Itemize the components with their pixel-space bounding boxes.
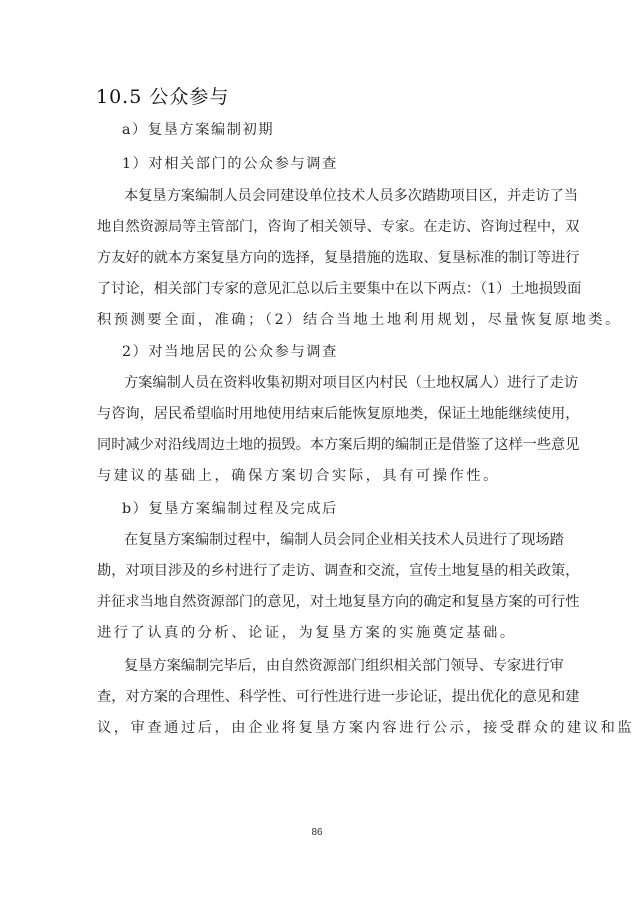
paragraph-line: 方案编制人员在资料收集初期对项目区内村民（土地权属人）进行了走访 — [124, 372, 549, 392]
paragraph-line: 进行了认真的分析、论证，为复垦方案的实施奠定基础。 — [97, 622, 549, 642]
paragraph-line: 积预测要全面，准确；（2）结合当地土地利用规划，尽量恢复原地类。 — [97, 309, 549, 329]
paragraph-line: 在复垦方案编制过程中，编制人员会同企业相关技术人员进行了现场踏 — [124, 529, 549, 549]
paragraph-line: 本复垦方案编制人员会同建设单位技术人员多次踏勘项目区，并走访了当 — [124, 185, 549, 205]
paragraph-line: 勘，对项目涉及的乡村进行了走访、调查和交流，宣传土地复垦的相关政策， — [97, 560, 549, 580]
page-number: 86 — [0, 827, 634, 838]
section-heading: 10.5 公众参与 — [96, 82, 229, 109]
paragraph-line: 与咨询，居民希望临时用地使用结束后能恢复原地类，保证土地能继续使用， — [97, 403, 549, 423]
paragraph-line: 并征求当地自然资源部门的意见，对土地复垦方向的确定和复垦方案的可行性 — [97, 591, 549, 611]
paragraph-line: 复垦方案编制完毕后，由自然资源部门组织相关部门领导、专家进行审 — [124, 655, 549, 675]
paragraph-line: 方友好的就本方案复垦方向的选择，复垦措施的选取、复垦标准的制订等进行 — [97, 247, 549, 267]
paragraph-line: 同时减少对沿线周边土地的损毁。本方案后期的编制正是借鉴了这样一些意见 — [97, 434, 549, 454]
subsection-b-heading: b）复垦方案编制过程及完成后 — [122, 498, 338, 518]
item-1-heading: 1）对相关部门的公众参与调查 — [122, 153, 338, 173]
paragraph-line: 了讨论，相关部门专家的意见汇总以后主要集中在以下两点：（1）土地损毁面 — [97, 278, 549, 298]
document-page: 10.5 公众参与 a）复垦方案编制初期 1）对相关部门的公众参与调查 本复垦方… — [0, 0, 634, 897]
item-2-heading: 2）对当地居民的公众参与调查 — [122, 341, 338, 361]
subsection-a-heading: a）复垦方案编制初期 — [122, 119, 274, 139]
paragraph-line: 议，审查通过后，由企业将复垦方案内容进行公示，接受群众的建议和监督。 — [97, 717, 549, 737]
paragraph-line: 与建议的基础上，确保方案切合实际，具有可操作性。 — [97, 465, 549, 485]
paragraph-line: 地自然资源局等主管部门，咨询了相关领导、专家。在走访、咨询过程中，双 — [97, 216, 549, 236]
paragraph-line: 查，对方案的合理性、科学性、可行性进行进一步论证，提出优化的意见和建 — [97, 686, 549, 706]
